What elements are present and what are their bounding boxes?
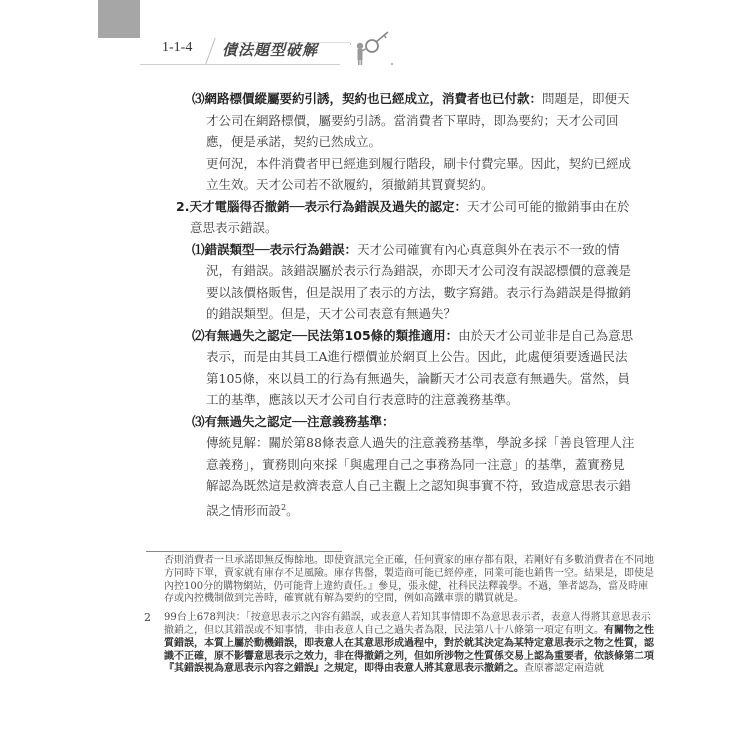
figure-with-key-icon bbox=[350, 30, 398, 66]
main-content: ⑶網路標價縱屬要約引誘，契約也已經成立，消費者也已付款：問題是，即便天才公司在網… bbox=[176, 88, 636, 521]
book-title: 債法題型破解 bbox=[222, 39, 318, 60]
section-number: 1-1-4 bbox=[162, 40, 192, 56]
header-underline bbox=[140, 64, 340, 65]
chapter-tab-marker bbox=[98, 0, 140, 38]
footnote-2-number: 2 bbox=[144, 612, 164, 676]
sub-1-heading: ⑴錯誤類型──表示行為錯誤： bbox=[192, 242, 357, 257]
sub-3-text: 傳統見解：關於第88條表意人過失的注意義務基準，學說多採「善良管理人注意義務」，… bbox=[206, 435, 634, 518]
sub-3-paragraph: ⑶有無過失之認定──注意義務基準： 傳統見解：關於第88條表意人過失的注意義務基… bbox=[176, 411, 636, 522]
footnote-2-text-part2: 查原審認定兩造就 bbox=[524, 663, 604, 674]
sub-2-paragraph: ⑵有無過失之認定──民法第105條的類推適用：由於天才公司並非是自己為意思表示，… bbox=[176, 325, 636, 411]
section-2-heading: 2.天才電腦得否撤銷──表示行為錯誤及過失的認定： bbox=[176, 199, 467, 214]
footnote-2: 2 99台上678判決：「按意思表示之內容有錯誤，或表意人若知其事情即不為意思表… bbox=[144, 612, 654, 676]
item-3-text2: 更何況，本件消費者甲已經進到履行階段，刷卡付費完畢。因此，契約已經成立生效。天才… bbox=[192, 153, 636, 196]
sub-2-heading: ⑵有無過失之認定──民法第105條的類推適用： bbox=[192, 328, 458, 343]
header-divider bbox=[205, 38, 215, 64]
sub-3-heading: ⑶有無過失之認定──注意義務基準： bbox=[192, 411, 636, 433]
page-header: 1-1-4 債法題型破解 bbox=[140, 30, 400, 64]
footnote-divider bbox=[146, 551, 342, 552]
footnote-1-continued: 否則消費者一旦承諾即無反悔餘地。即使資訊完全正確，任何賣家的庫存都有限，若剛好有… bbox=[144, 555, 654, 606]
sub-1-paragraph: ⑴錯誤類型──表示行為錯誤：天才公司確實有內心真意與外在表示不一致的情況，有錯誤… bbox=[176, 239, 636, 325]
footnote-1-text: 否則消費者一旦承諾即無反悔餘地。即使資訊完全正確，任何賣家的庫存都有限，若剛好有… bbox=[164, 555, 654, 606]
section-2-paragraph: 2.天才電腦得否撤銷──表示行為錯誤及過失的認定：天才公司可能的撤銷事由在於意思… bbox=[176, 196, 636, 239]
item-3-paragraph: ⑶網路標價縱屬要約引誘，契約也已經成立，消費者也已付款：問題是，即便天才公司在網… bbox=[176, 88, 636, 196]
item-3-heading: ⑶網路標價縱屬要約引誘，契約也已經成立，消費者也已付款： bbox=[192, 91, 542, 106]
sub-3-end: 。 bbox=[286, 503, 299, 518]
footnotes-area: 否則消費者一旦承諾即無反悔餘地。即使資訊完全正確，任何賣家的庫存都有限，若剛好有… bbox=[144, 555, 654, 676]
footnote-2-text-part1: 99台上678判決：「按意思表示之內容有錯誤，或表意人若知其事情即不為意思表示者… bbox=[164, 612, 651, 636]
